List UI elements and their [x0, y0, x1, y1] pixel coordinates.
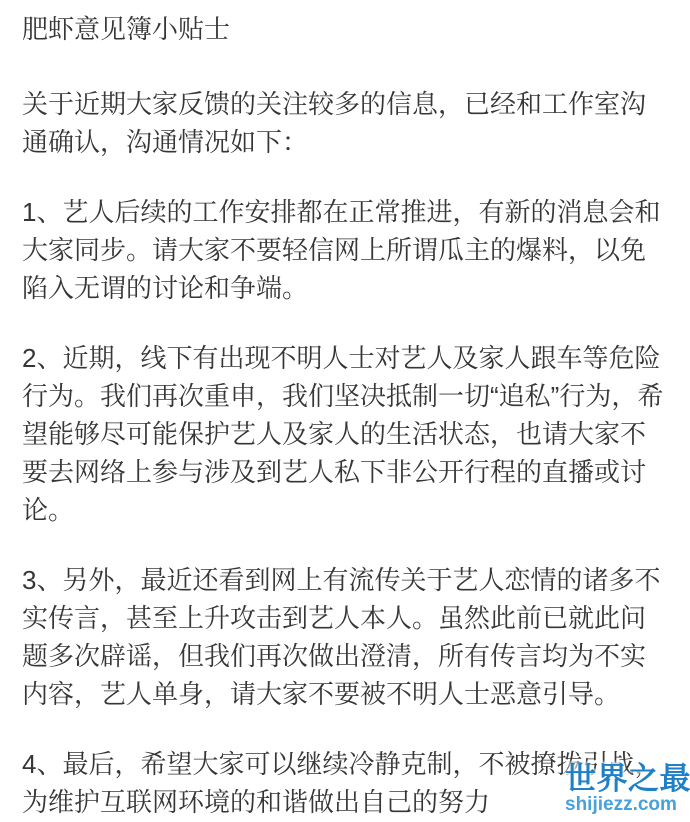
notice-intro-paragraph: 关于近期大家反馈的关注较多的信息，已经和工作室沟通确认，沟通情况如下： — [22, 85, 668, 161]
notice-page: 肥虾意见簿小贴士 关于近期大家反馈的关注较多的信息，已经和工作室沟通确认，沟通情… — [0, 0, 690, 821]
notice-title: 肥虾意见簿小贴士 — [22, 10, 668, 48]
watermark-brand-text: 世界之最 — [565, 762, 690, 795]
notice-point-1-paragraph: 1、艺人后续的工作安排都在正常推进，有新的消息会和大家同步。请大家不要轻信网上所… — [22, 193, 668, 307]
notice-point-2-paragraph: 2、近期，线下有出现不明人士对艺人及家人跟车等危险行为。我们再次重申，我们坚决抵… — [22, 339, 668, 529]
watermark-domain-text: shijiezz.com — [565, 795, 690, 814]
site-watermark: 世界之最 shijiezz.com — [565, 762, 690, 814]
notice-point-3-paragraph: 3、另外，最近还看到网上有流传关于艺人恋情的诸多不实传言，甚至上升攻击到艺人本人… — [22, 561, 668, 713]
